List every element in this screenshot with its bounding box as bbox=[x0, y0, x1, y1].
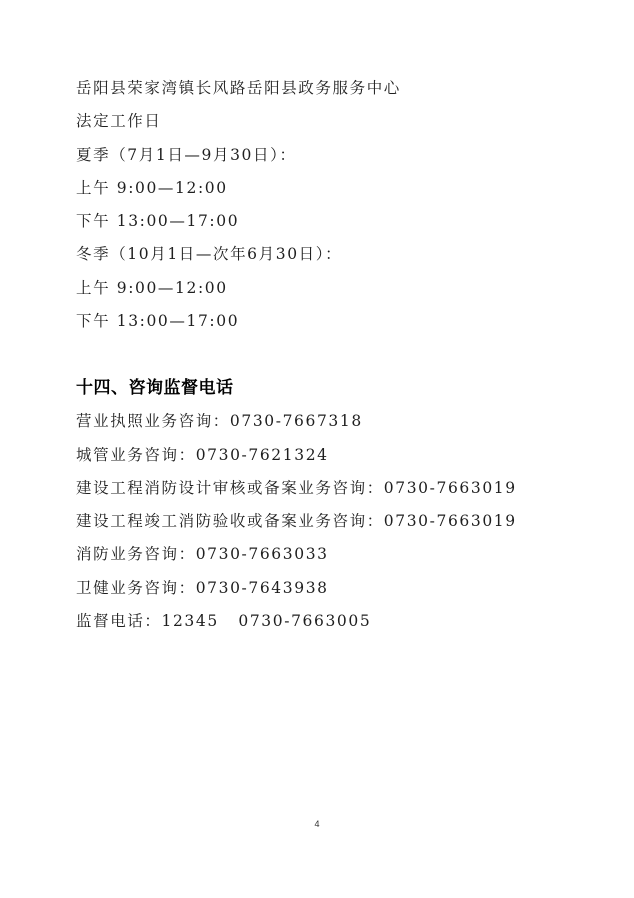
contact-line-health: 卫健业务咨询：0730-7643938 bbox=[76, 578, 329, 598]
page-number: 4 bbox=[0, 819, 634, 829]
contact-line-fire-design-review: 建设工程消防设计审核或备案业务咨询：0730-7663019 bbox=[76, 478, 517, 498]
address-text: 岳阳县荣家湾镇长风路岳阳县政务服务中心 bbox=[76, 78, 401, 98]
workdays-text: 法定工作日 bbox=[76, 111, 162, 131]
contact-line-fire-services: 消防业务咨询：0730-7663033 bbox=[76, 544, 329, 564]
contact-line-supervision: 监督电话：12345 0730-7663005 bbox=[76, 611, 371, 631]
contact-line-fire-acceptance: 建设工程竣工消防验收或备案业务咨询：0730-7663019 bbox=[76, 511, 517, 531]
contact-line-business-license: 营业执照业务咨询：0730-7667318 bbox=[76, 411, 363, 431]
summer-morning-hours: 上午 9:00—12:00 bbox=[76, 178, 228, 198]
summer-season-label: 夏季（7月1日—9月30日）： bbox=[76, 145, 297, 165]
winter-morning-hours: 上午 9:00—12:00 bbox=[76, 278, 228, 298]
winter-season-label: 冬季（10月1日—次年6月30日）： bbox=[76, 244, 342, 264]
document-page: 岳阳县荣家湾镇长风路岳阳县政务服务中心 法定工作日 夏季（7月1日—9月30日）… bbox=[0, 0, 634, 898]
contact-line-urban-management: 城管业务咨询：0730-7621324 bbox=[76, 445, 329, 465]
section-heading-contact: 十四、咨询监督电话 bbox=[76, 377, 234, 399]
winter-afternoon-hours: 下午 13:00—17:00 bbox=[76, 311, 239, 331]
summer-afternoon-hours: 下午 13:00—17:00 bbox=[76, 211, 239, 231]
